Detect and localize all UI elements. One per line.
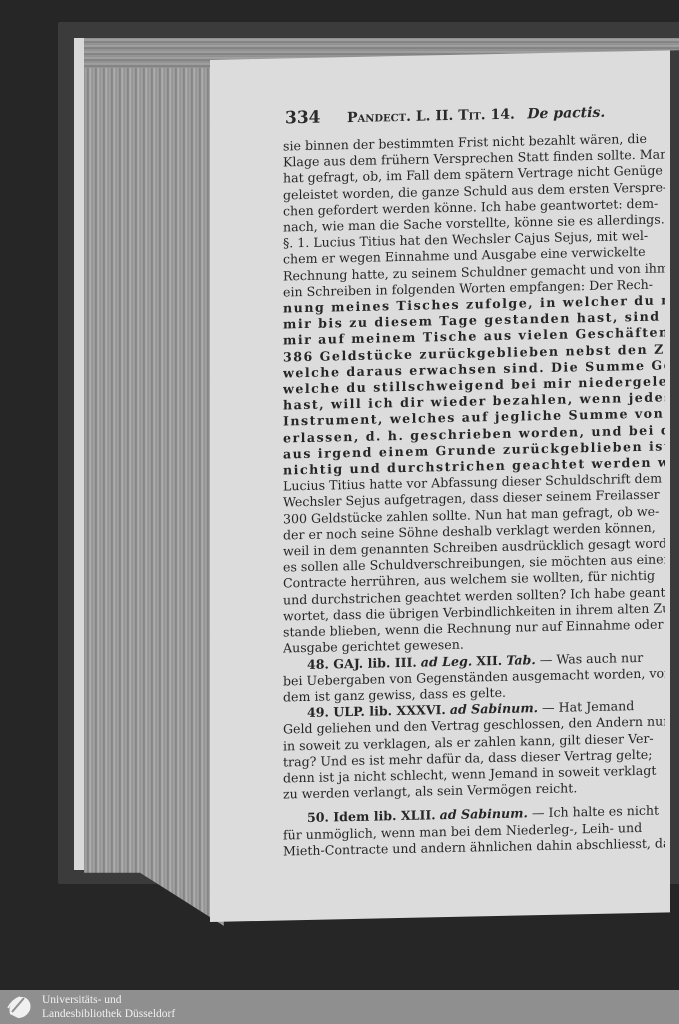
running-title-italic: De pactis. (527, 105, 605, 123)
library-logo-icon[interactable] (6, 994, 34, 1020)
page-number: 334 (285, 108, 321, 129)
book-page: 334 Pandect. L. II. Tit. 14. De pactis. … (210, 50, 670, 922)
library-name[interactable]: Universitäts- und Landesbibliothek Düsse… (42, 993, 175, 1021)
page-edges (84, 38, 224, 926)
page-header: 334 Pandect. L. II. Tit. 14. De pactis. (285, 100, 665, 128)
running-title: Pandect. L. II. Tit. 14. (347, 107, 515, 127)
body-text: sie binnen der bestimmten Frist nicht be… (283, 130, 665, 859)
library-footer: Universitäts- und Landesbibliothek Düsse… (0, 990, 679, 1024)
book-scan: 334 Pandect. L. II. Tit. 14. De pactis. … (0, 0, 679, 990)
